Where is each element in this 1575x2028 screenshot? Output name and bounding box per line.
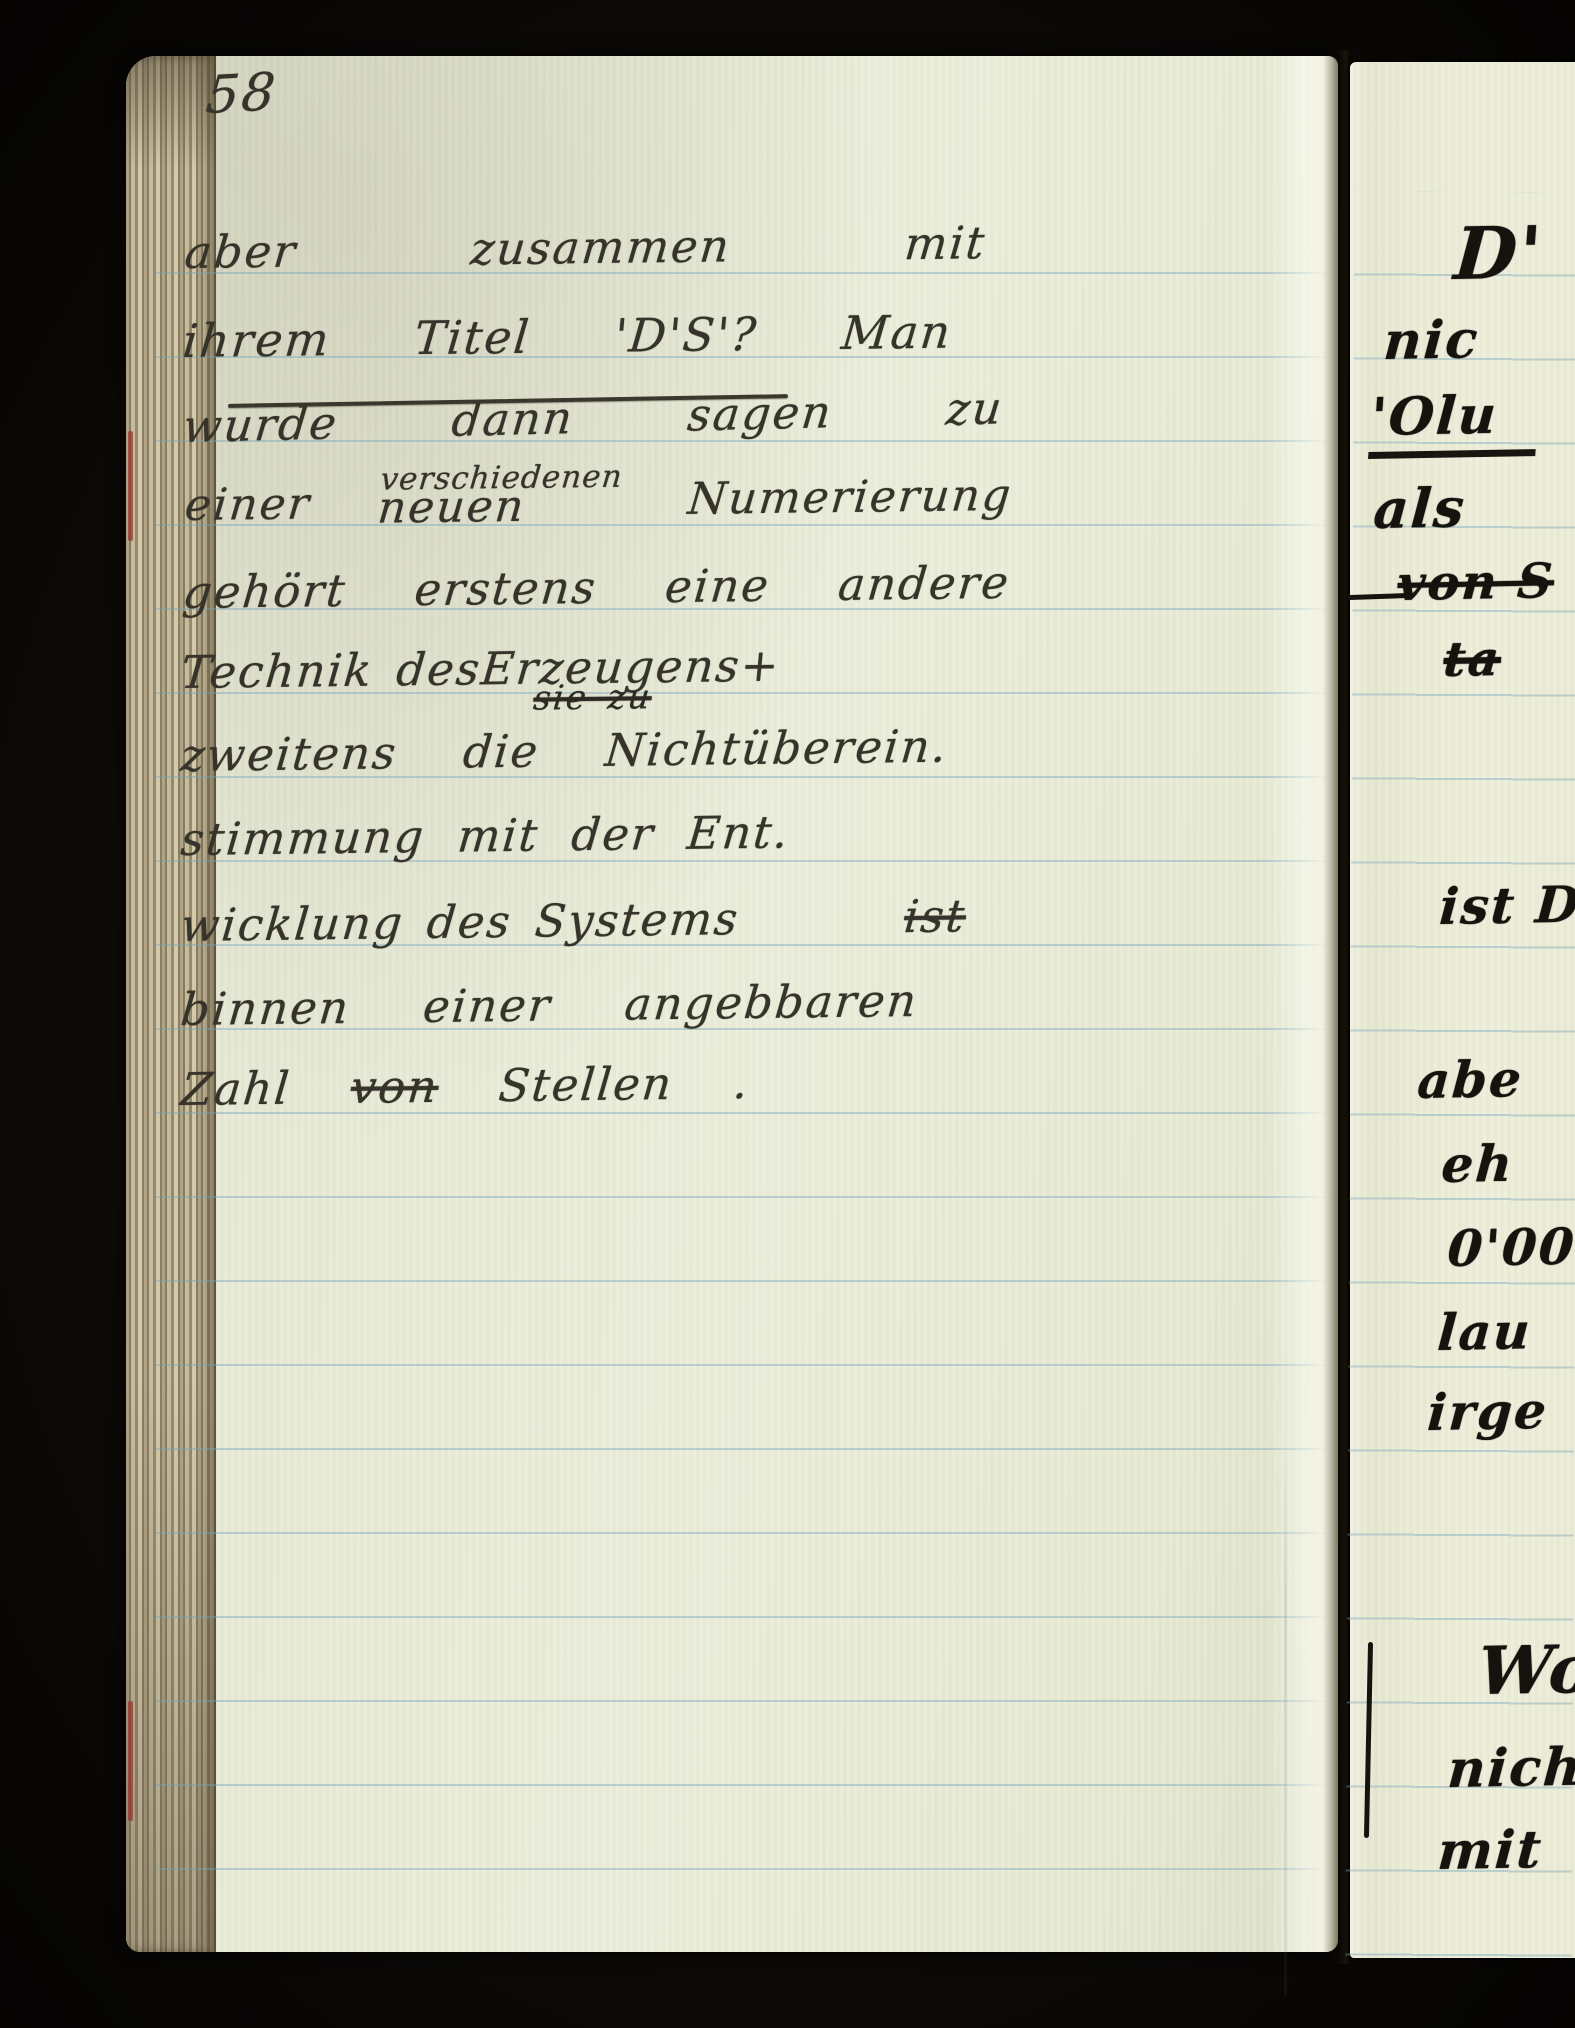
notebook-scan: 58 aber zusammen mit ihrem Titel 'D'S'? … bbox=[0, 0, 1575, 2028]
struck-word: sie zu bbox=[532, 680, 653, 715]
handwritten-line-8: stimmung mit der Ent. bbox=[179, 810, 792, 862]
handwritten-line-1: aber zusammen mit bbox=[183, 220, 988, 275]
handwritten-line-6: Technik des Erzeugens sie zu + bbox=[179, 643, 764, 695]
handwritten-fragment: als bbox=[1372, 480, 1468, 536]
handwritten-fragment: mit bbox=[1436, 1824, 1545, 1878]
handwritten-fragment: Wo bbox=[1476, 1636, 1575, 1704]
page-crease bbox=[1284, 1436, 1287, 1996]
handwritten-line-9: wicklung des Systems ist bbox=[179, 893, 968, 948]
red-edge-sliver bbox=[128, 431, 133, 541]
handwritten-line-5: gehört erstens eine andere bbox=[181, 560, 1012, 615]
handwritten-fragment: abe bbox=[1416, 1054, 1525, 1106]
original-word: neuen bbox=[376, 490, 526, 526]
handwritten-fragment: 0'00- bbox=[1446, 1221, 1575, 1274]
page-number: 58 bbox=[204, 66, 279, 122]
handwritten-line-4: einer verschiedenen neuen Numerierung bbox=[183, 460, 1015, 529]
handwritten-line-10: binnen einer angebbaren bbox=[179, 978, 920, 1032]
handwritten-line-7: zweitens die Nichtüberein. bbox=[179, 724, 950, 778]
handwritten-fragment: lau bbox=[1436, 1306, 1533, 1358]
struck-word: ist bbox=[902, 893, 968, 939]
word: Technik des bbox=[179, 646, 483, 695]
handwritten-fragment: irge bbox=[1426, 1386, 1550, 1438]
handwritten-fragment-underlined: 'Olu bbox=[1368, 389, 1540, 459]
red-edge-sliver bbox=[128, 1701, 133, 1821]
word: Stellen bbox=[497, 1061, 675, 1108]
word: einer bbox=[183, 483, 313, 529]
word-with-deletion-below: Erzeugens sie zu bbox=[479, 643, 743, 691]
word: Numerierung bbox=[686, 474, 1014, 522]
handwritten-fragment: eh bbox=[1440, 1139, 1516, 1190]
handwritten-fragment-struck: von S bbox=[1396, 557, 1556, 608]
handwritten-line-11: Zahl von Stellen . bbox=[179, 1060, 752, 1112]
word: Zahl bbox=[179, 1066, 293, 1112]
struck-word: von bbox=[349, 1064, 441, 1110]
handwritten-fragment-struck: ta bbox=[1442, 635, 1503, 684]
word-with-insertion: verschiedenen neuen bbox=[376, 465, 623, 526]
handwritten-line-2: ihrem Titel 'D'S'? Man bbox=[181, 309, 954, 364]
handwritten-fragment: nich bbox=[1446, 1742, 1575, 1796]
handwritten-fragment: D' bbox=[1452, 216, 1546, 290]
word: + bbox=[739, 643, 783, 688]
word: wicklung des Systems bbox=[179, 896, 741, 948]
handwritten-fragment: ist D bbox=[1438, 880, 1575, 932]
handwritten-fragment: nic bbox=[1382, 314, 1481, 368]
